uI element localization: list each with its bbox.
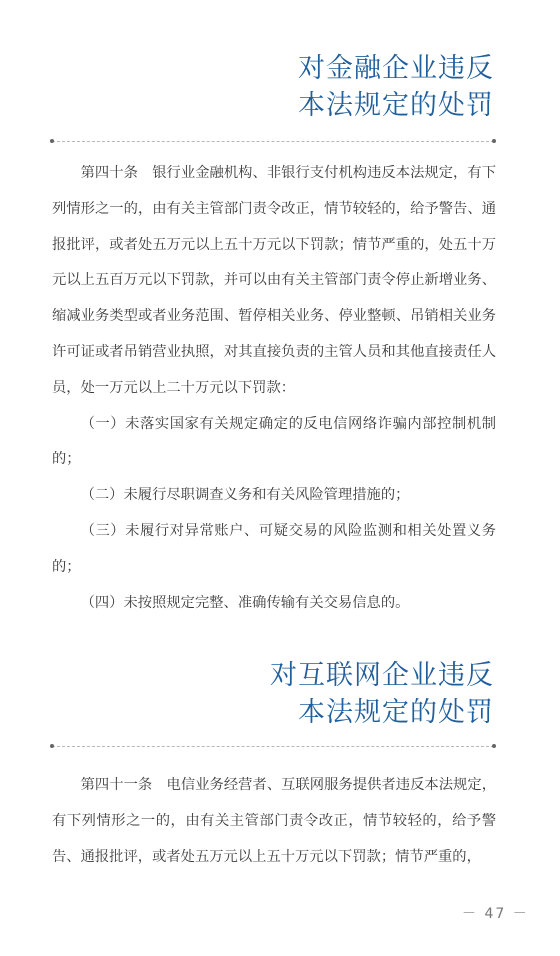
- section-title-financial: 对金融企业违反 本法规定的处罚: [298, 50, 494, 124]
- page-number: － 47 －: [462, 903, 529, 923]
- paragraph: 第四十条 银行业金融机构、非银行支付机构违反本法规定，有下列情形之一的，由有关主…: [52, 156, 496, 407]
- dashed-divider: [52, 141, 494, 142]
- article-40-body: 第四十条 银行业金融机构、非银行支付机构违反本法规定，有下列情形之一的，由有关主…: [52, 156, 496, 621]
- paragraph: （一）未落实国家有关规定确定的反电信网络诈骗内部控制机制的；: [52, 407, 496, 479]
- paragraph: （四）未按照规定完整、准确传输有关交易信息的。: [52, 586, 496, 622]
- title-line: 对互联网企业违反: [270, 660, 494, 691]
- section-title-internet: 对互联网企业违反 本法规定的处罚: [270, 657, 494, 731]
- divider-dot-icon: [50, 744, 54, 748]
- article-41-body: 第四十一条 电信业务经营者、互联网服务提供者违反本法规定，有下列情形之一的，由有…: [52, 768, 496, 875]
- paragraph: （二）未履行尽职调查义务和有关风险管理措施的；: [52, 478, 496, 514]
- title-line: 本法规定的处罚: [298, 90, 494, 121]
- title-line: 本法规定的处罚: [298, 697, 494, 728]
- dashed-divider: [52, 746, 494, 747]
- divider-dot-icon: [492, 139, 496, 143]
- divider-dot-icon: [50, 139, 54, 143]
- paragraph: （三）未履行对异常账户、可疑交易的风险监测和相关处置义务的；: [52, 514, 496, 586]
- title-line: 对金融企业违反: [298, 53, 494, 84]
- divider-dot-icon: [492, 744, 496, 748]
- paragraph: 第四十一条 电信业务经营者、互联网服务提供者违反本法规定，有下列情形之一的，由有…: [52, 768, 496, 875]
